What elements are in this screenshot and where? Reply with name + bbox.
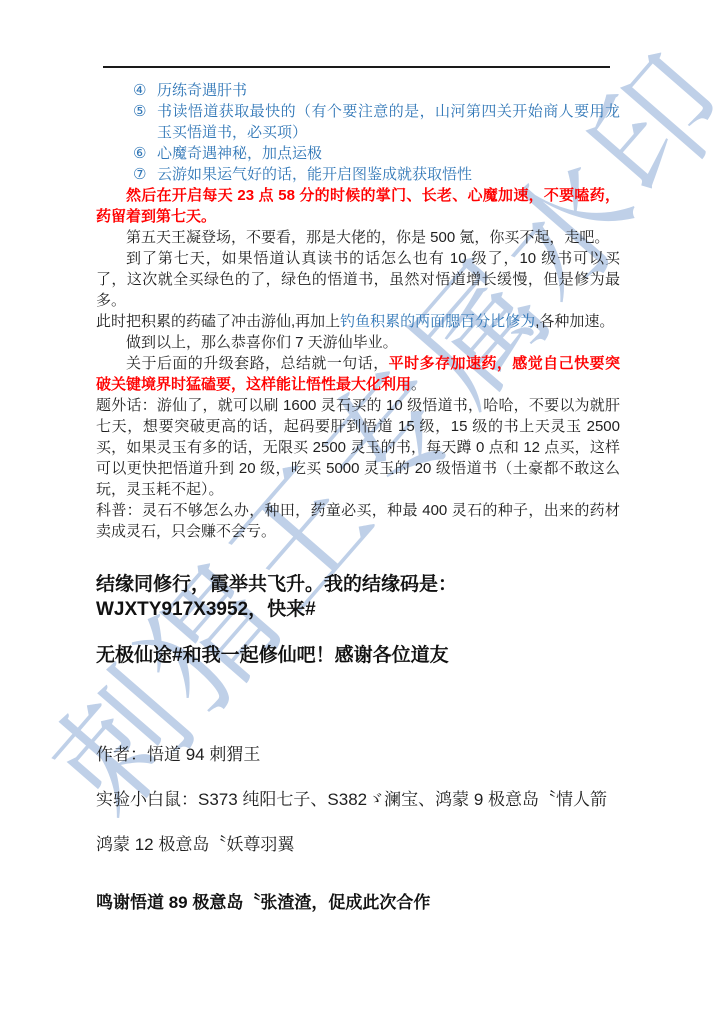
- youxian-highlight-blue: 钓鱼积累的两面腮百分比修为: [340, 313, 535, 330]
- invite-code-block: 结缘同修行，霞举共飞升。我的结缘码是：WJXTY917X3952，快来# 无极仙…: [96, 572, 620, 668]
- paragraph-day7: 到了第七天，如果悟道认真读书的话怎么也有 10 级了，10 级书可以买了，这次就…: [96, 248, 620, 311]
- list-item: ⑤ 书读悟道获取最快的（有个要注意的是，山河第四关开始商人要用龙玉买悟道书，必买…: [96, 101, 620, 143]
- list-item-text: 书读悟道获取最快的（有个要注意的是，山河第四关开始商人要用龙玉买悟道书，必买项）: [157, 103, 620, 141]
- list-item-text: 心魔奇遇神秘，加点运极: [157, 145, 322, 162]
- list-item-text: 云游如果运气好的话，能开启图鉴成就获取悟性: [157, 166, 472, 183]
- youxian-text-tail: ,各种加速。: [535, 313, 614, 330]
- paragraph-kepu: 科普：灵石不够怎么办，种田，药童必买，种最 400 灵石的种子，出来的药材卖成灵…: [96, 500, 620, 542]
- paragraph-day5: 第五天王凝登场，不要看，那是大佬的，你是 500 氪，你买不起，走吧。: [96, 227, 620, 248]
- summary-text: 关于后面的升级套路，总结就一句话，: [126, 355, 389, 372]
- acknowledgement-line: 鸣谢悟道 89 极意岛〝张渣渣，促成此次合作: [96, 892, 620, 913]
- tips-list: ④ 历练奇遇肝书 ⑤ 书读悟道获取最快的（有个要注意的是，山河第四关开始商人要用…: [96, 80, 620, 185]
- list-item-number: ⑦: [133, 164, 146, 185]
- list-item-number: ⑤: [133, 101, 146, 122]
- list-item-text: 历练奇遇肝书: [157, 82, 247, 99]
- testers-line: 实验小白鼠：S373 纯阳七子、S382ゞ澜宝、鸿蒙 9 极意岛〝情人箭: [96, 789, 620, 810]
- list-item: ⑥ 心魔奇遇神秘，加点运极: [96, 143, 620, 164]
- paragraph-graduate: 做到以上，那么恭喜你们 7 天游仙毕业。: [96, 332, 620, 353]
- paragraph-youxian: 此时把积累的药磕了冲击游仙,再加上钓鱼积累的两面腮百分比修为,各种加速。: [96, 311, 620, 332]
- list-item: ④ 历练奇遇肝书: [96, 80, 620, 101]
- list-item-number: ④: [133, 80, 146, 101]
- youxian-text: 此时把积累的药磕了冲击游仙,再加上: [96, 313, 340, 330]
- credits-block: 作者：悟道 94 刺猬王 实验小白鼠：S373 纯阳七子、S382ゞ澜宝、鸿蒙 …: [96, 744, 620, 855]
- list-item: ⑦ 云游如果运气好的话，能开启图鉴成就获取悟性: [96, 164, 620, 185]
- author-line: 作者：悟道 94 刺猬王: [96, 744, 620, 765]
- paragraph-extra-talk: 题外话：游仙了，就可以刷 1600 灵石买的 10 级悟道书，哈哈，不要以为就肝…: [96, 395, 620, 500]
- paragraph-summary: 关于后面的升级套路，总结就一句话，平时多存加速药，感觉自己快要突破关键境界时猛磕…: [96, 353, 620, 395]
- summary-text-tail: 。: [411, 376, 426, 393]
- document-page: ④ 历练奇遇肝书 ⑤ 书读悟道获取最快的（有个要注意的是，山河第四关开始商人要用…: [96, 66, 620, 913]
- paragraph-red-note: 然后在开启每天 23 点 58 分的时候的掌门、长老、心魔加速，不要嗑药，药留着…: [96, 185, 620, 227]
- list-item-number: ⑥: [133, 143, 146, 164]
- invite-code-line: 结缘同修行，霞举共飞升。我的结缘码是：WJXTY917X3952，快来#: [96, 572, 620, 622]
- invite-code-line: 无极仙途#和我一起修仙吧！感谢各位道友: [96, 643, 620, 668]
- horizontal-rule: [103, 66, 610, 68]
- testers-line: 鸿蒙 12 极意岛〝妖尊羽翼: [96, 834, 620, 855]
